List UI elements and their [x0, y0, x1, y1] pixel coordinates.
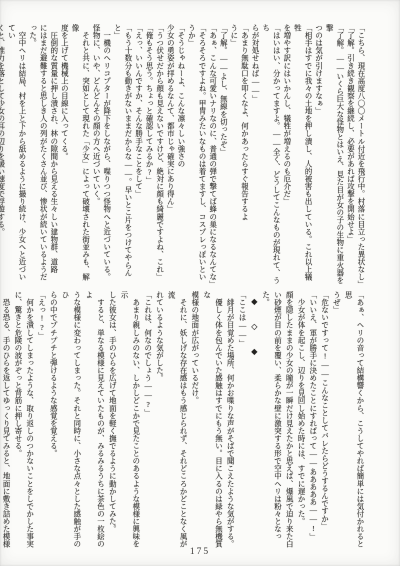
text-column: つのは気が引けますなぁ」: [313, 24, 324, 286]
text-column: 「うつ伏せだから顔も見えないですけど、絶対に顔も綺麗ですよね、これ」: [154, 24, 165, 286]
text-column: 「そうじゃねーよ、こんな凛々しい強さの: [175, 24, 186, 286]
text-column: に、驚きと危険の波がぞっと背筋に押し寄せる。: [12, 291, 24, 550]
text-column: 「あぁ、こんな可愛いナリなのに、普通の弾で撃てば蜂の巣になるなんてな」: [207, 24, 218, 286]
text-column: った。: [27, 24, 38, 286]
text-column: 「これは、何なのでしょう――?」: [142, 291, 154, 550]
text-column: 「えっ、いいんですか、そんな勝手なことをして」: [133, 24, 144, 286]
text-column: した彼女は、手のひらを広げて地面を軽く撫でるように動かしてみた。: [106, 291, 118, 550]
text-column: にはまだ避難すると思しき人の列がたくさん並び、惨状が続いているようだ: [38, 24, 49, 286]
text-column: 空中ヘリは結局、村を上と下から舐めるように撮り続け、少女へと近づいてい: [6, 24, 27, 286]
text-column: 「了解。――よし、無線を切ったぞ」: [218, 24, 229, 286]
page-number: 175: [0, 547, 400, 557]
text-column: うな模様に変わってしまった。それと同時に、小さな点々とした感触が手のひ: [59, 291, 83, 550]
text-column: 怪物に、いや、どんどんその顔の方へ近づいていく。: [91, 24, 102, 286]
book-page: { "page": { "number": "175", "separator"…: [0, 0, 400, 566]
text-column: 一機のヘリコプターが降下をしながら、喋りつつ怪物へと近づいている。: [101, 24, 112, 286]
text-column: を増やす訳にはいかんし、犠牲が増えるのも厄介だ」: [281, 24, 292, 286]
text-column: うか」: [186, 24, 197, 286]
text-column: い砂煙が目の前を覆い、柔らかな壁に激突する形で空中ヘリは粉々となっ: [272, 291, 284, 550]
lower-text-block: 「あぁ、ヘリの音って結構響くから、こうしてやれば簡単には気付かれると思うぜ」「危…: [0, 291, 366, 550]
text-column: らが対処せねば――」: [249, 24, 260, 286]
text-column: た。: [260, 291, 272, 550]
text-column: それと共に、突如として現れた「少女」によって破壊された街並みも、解像: [69, 24, 90, 286]
text-column: 顔を隠したままの少女の瞳が一瞬だけ見えたかと思えば、爆風で迫り来た白: [283, 291, 295, 550]
text-column: らの中でプチプチと弾けるような感覚を覚える。: [47, 291, 59, 550]
text-column: うに」: [228, 24, 239, 286]
text-column: 少女が体を起こし、辺りを見回し始めた時には、すでに遅かった。: [295, 291, 307, 550]
text-column: 少女の勇姿が拝めるなんて、都市じゃ確実にあり得ん」: [165, 24, 176, 286]
text-column: すると、単なる模様に見えていたものが、みるみるうちに茶色の一枚絵のよ: [83, 291, 107, 550]
text-column: 「こちら、現在高度八〇〇メートル付近を飛行中。村落に目立った異状なし」: [355, 24, 366, 286]
text-column: 緋月が目覚めた場所、何かお喋りな声がそばで聞こえたような気がする。: [224, 291, 236, 550]
text-column: れているような気がした。: [154, 291, 166, 550]
text-column: 「危ないですって!――こんなことしてバレたらどうするんですか」: [319, 291, 331, 550]
text-column: 「相手はすでに我々の土地を押し潰し、人的被害も出している。これ以上犠牲: [292, 24, 313, 286]
text-column: 模様の地面が広がっているだけ。: [189, 291, 201, 550]
section-separator: ◆ ◇ ◆: [248, 291, 260, 550]
text-column: うぜ」: [331, 291, 343, 550]
text-column: 「了解。――いくら巨大な怪物とはいえ、見た目が女の子の生物に重火器を撃: [324, 24, 345, 286]
text-column: 「いいえ、軍が勝手に決めたことにすればって――あああああ――!」: [307, 291, 319, 550]
text-column: 度を上げて機械上の目線に入ってくる。: [59, 24, 70, 286]
text-column: 「あまり無駄口を叩くなよ、何かあったらすぐ報告するよ: [239, 24, 250, 286]
text-column: 圧倒的な質量に押し潰され、林の隙間から見える生々しい建物群、道路: [48, 24, 59, 286]
text-column: くと、推力を落として少女の耳の辺りを緩い速度で浮遊する。: [0, 24, 6, 286]
text-column: 「俺もそう思う。ちょっと確認してみるか?」: [144, 24, 155, 286]
text-column: 「もう十数分も動きがないままだからな――。早いとこ片をつけてやらんと」: [112, 24, 133, 286]
text-column: 「えっ!?」: [36, 291, 48, 550]
text-column: 「ここは――」: [236, 291, 248, 550]
upper-text-block: 「こちら、現在高度八〇〇メートル付近を飛行中。村落に目立った異状なし」「了解。引…: [0, 24, 366, 286]
text-column: 「あぁ、ヘリの音って結構響くから、こうしてやれば簡単には気付かれると思: [342, 291, 366, 550]
text-column: あまり親しみのない、しかしどこかで見たことのあるような模様に興味を示: [118, 291, 142, 550]
text-column: 恐る恐る、手のひらを返してゆっくり見てみると、地面に敷き詰めた模様が: [0, 291, 12, 550]
text-column: 「そろそろですよね。甲冑みたいなものは着てますし、コスプレっぽいとい: [197, 24, 208, 286]
text-column: 優しく体を包んでいた感触はすでにもう無い。目に入るのは緑やら無機質な: [201, 291, 225, 550]
text-column: 「了解。引き続き観察を継続し、必要があれば攻撃を開始せよ」: [345, 24, 356, 286]
text-column: それに、妖しげな存在感はもう感じられず、それどころかどことなく風が流: [165, 291, 189, 550]
text-column: 何かを潰してしまったような、取り返しのつかないことをしでかした事実: [24, 291, 36, 550]
text-column: 「はいはい、分かってますよ。――全く、どうしてこんなものが現れて、うち: [260, 24, 281, 286]
